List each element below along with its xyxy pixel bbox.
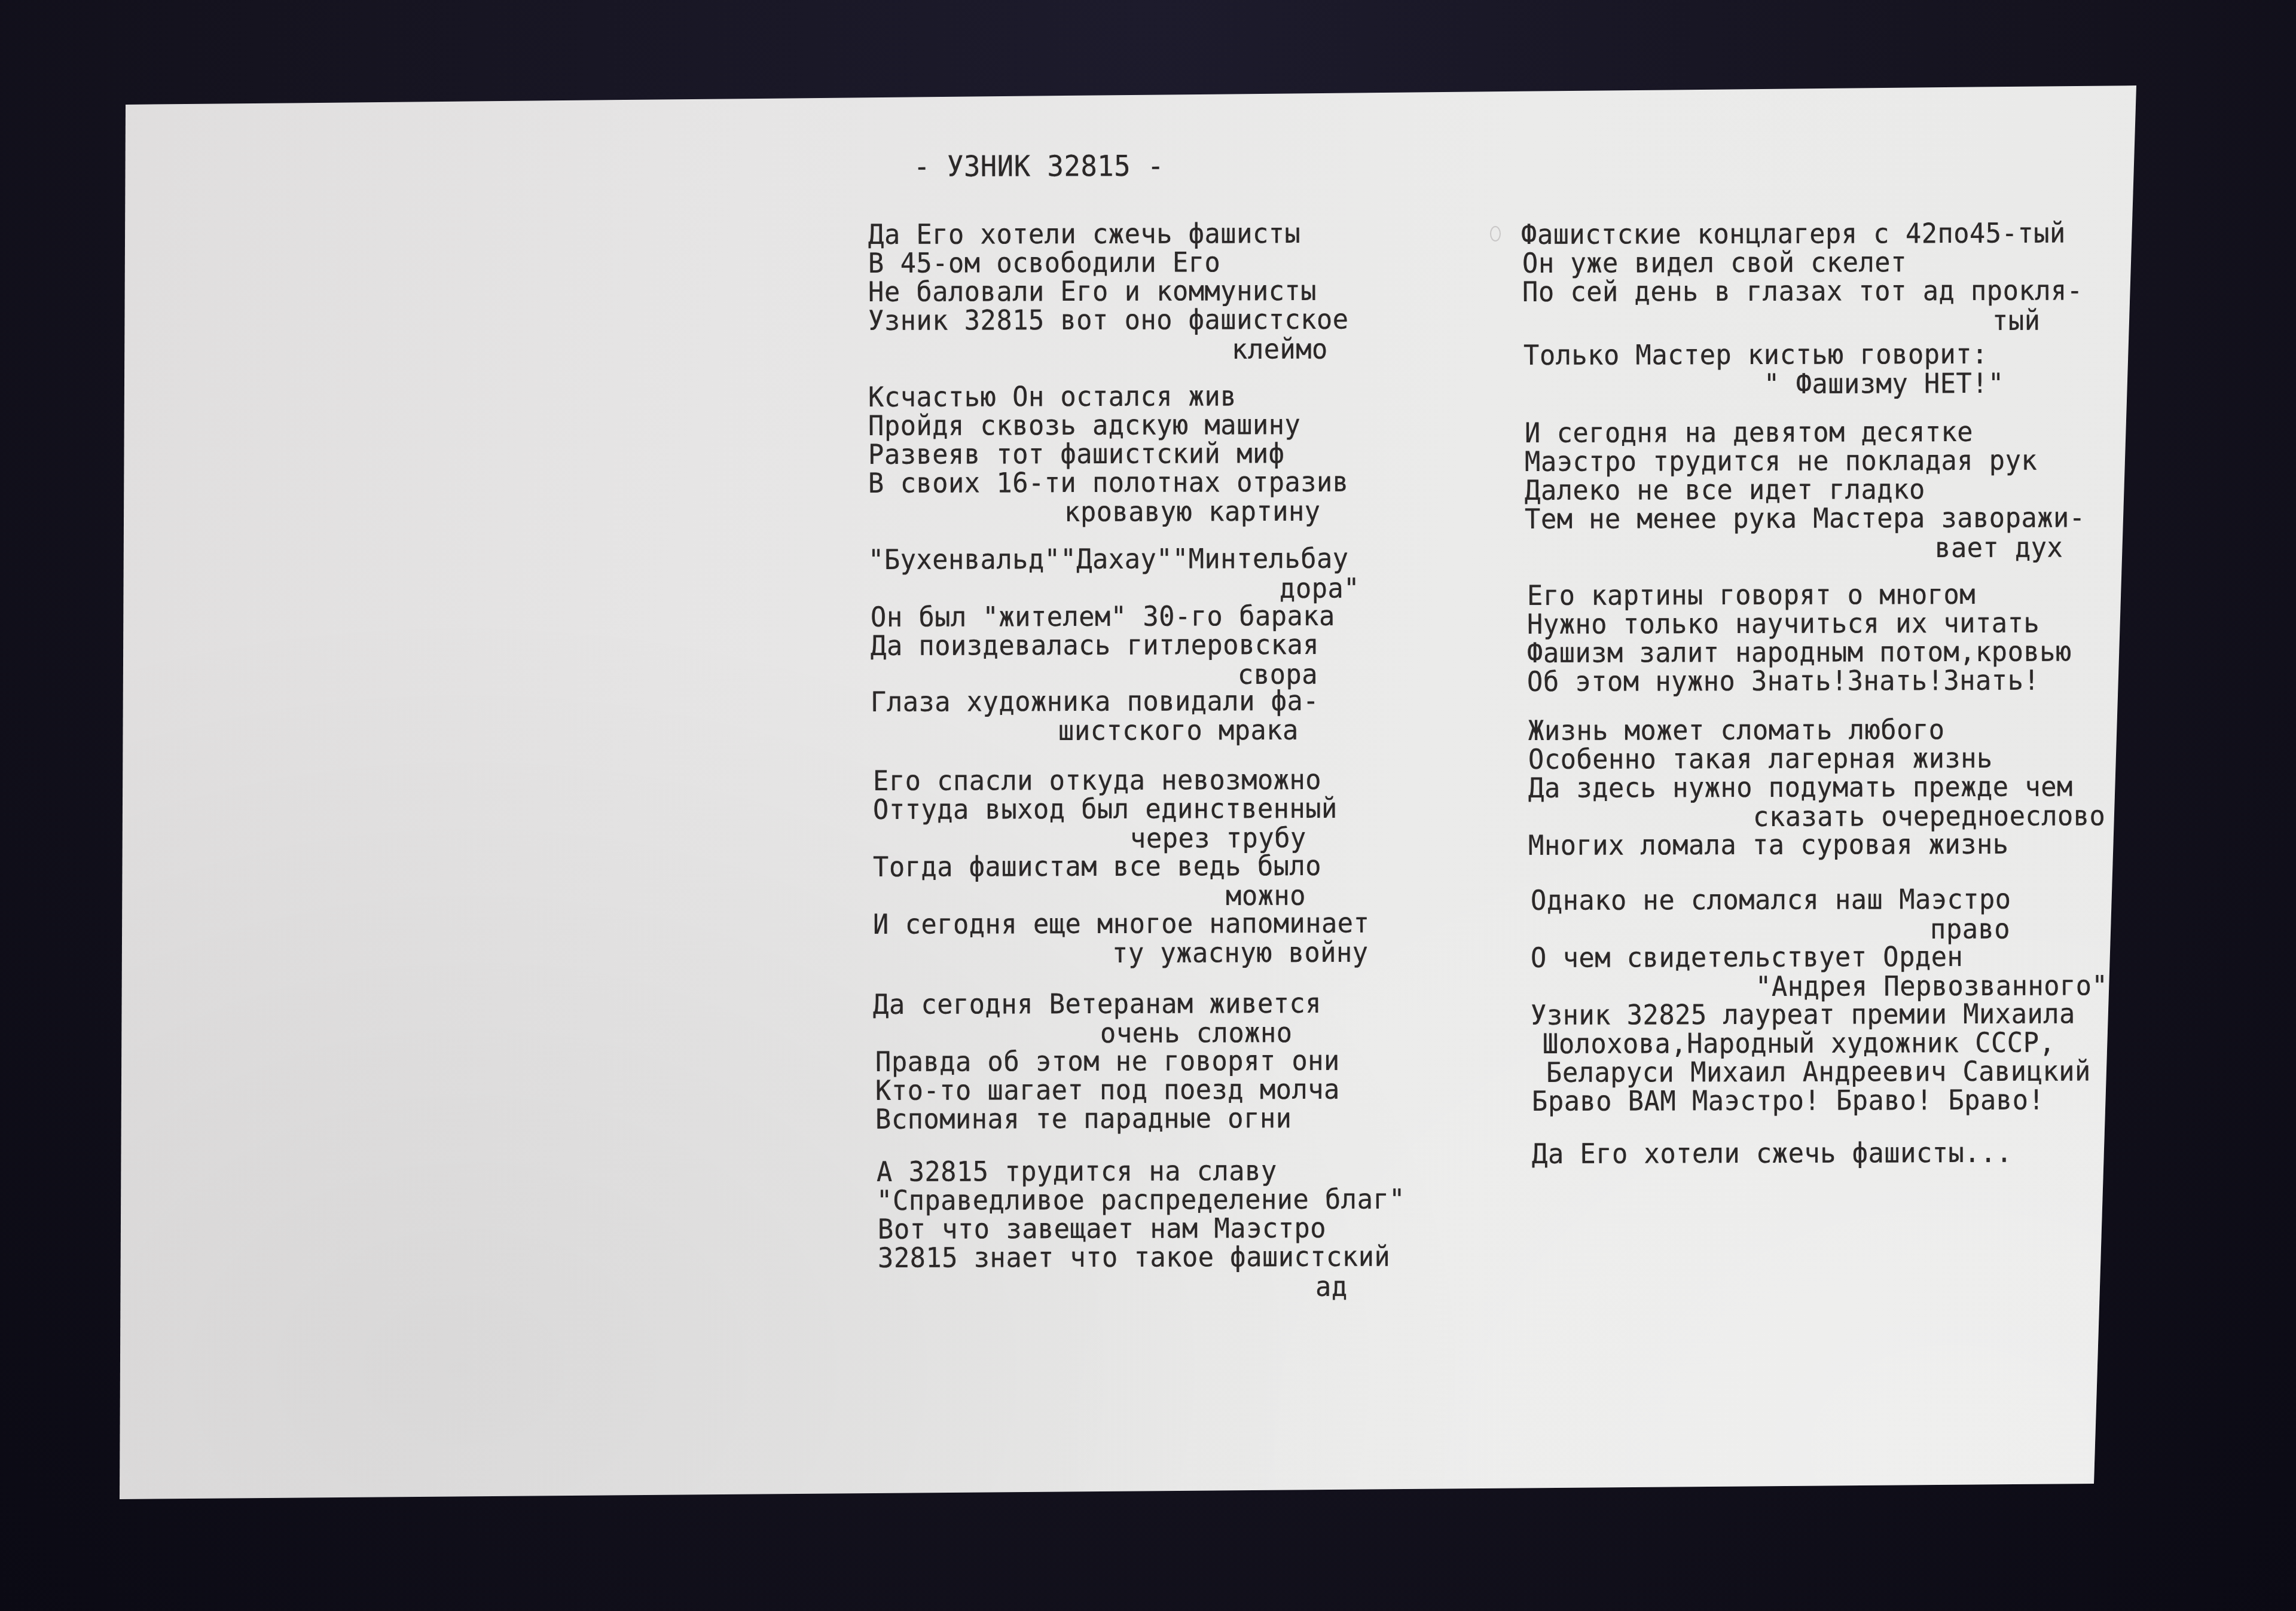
poem-line: Не баловали Его и коммунисты (868, 276, 1317, 306)
poem-title: - УЗНИК 32815 - (914, 152, 1164, 181)
poem-line: Шолохова,Народный художник СССР, (1543, 1028, 2055, 1058)
poem-line: Он был "жителем" 30-го барака (871, 601, 1335, 631)
poem-line: О чем свидетельствует Орден (1531, 942, 1963, 972)
poem-line: Особенно такая лагерная жизнь (1528, 744, 1993, 774)
poem-line: А 32815 трудится на славу (877, 1156, 1277, 1186)
poem-line: Браво ВАМ Маэстро! Браво! Браво! (1532, 1086, 2044, 1115)
poem-line: Пройдя сквозь адскую машину (868, 410, 1300, 440)
poem-line: Он уже видел свой скелет (1522, 247, 1907, 277)
poem-line: через трубу (1130, 823, 1306, 852)
poem-line: Об этом нужно Знать!Знать!Знать! (1527, 666, 2039, 696)
poem-line: Далеко не все идет гладко (1525, 475, 1925, 505)
poem-line: По сей день в глазах тот ад прокля- (1522, 276, 2083, 306)
poem-line: дора" (1280, 574, 1360, 603)
poem-line: Развеяв тот фашистский миф (868, 439, 1285, 469)
poem-line: Тогда фашистам все ведь было (873, 851, 1321, 881)
poem-line: Фашизм залит народным потом,кровью (1527, 637, 2072, 667)
poem-line: Однако не сломался наш Маэстро (1531, 885, 2011, 915)
poem-line: Да Его хотели сжечь фашисты... (1532, 1138, 2013, 1168)
poem-line: Оттуда выход был единственный (873, 794, 1338, 824)
poem-line: кровавую картину (1064, 497, 1321, 526)
poem-line: Вспоминая те парадные огни (875, 1103, 1292, 1133)
poem-line: сказать очередноеслово (1753, 801, 2105, 831)
poem-line: клеймо (1232, 335, 1328, 363)
poem-line: Узник 32815 вот оно фашистское (868, 305, 1349, 335)
poem-line: Да здесь нужно подумать прежде чем (1528, 772, 2073, 802)
poem-line: Да Его хотели сжечь фашисты (868, 219, 1300, 249)
poem-line: В 45-ом освободили Его (868, 247, 1220, 277)
poem-line: вает дух (1935, 533, 2063, 562)
poem-line: И сегодня еще многое напоминает (873, 909, 1369, 939)
poem-line: Жизнь может сломать любого (1528, 715, 1945, 745)
poem-line: "Бухенвальд""Дахау""Минтельбау (868, 544, 1349, 574)
poem-line: ад (1315, 1272, 1348, 1301)
poem-line: Тем не менее рука Мастера заворажи- (1525, 503, 2086, 533)
poem-line: Маэстро трудится не покладая рук (1525, 446, 2037, 476)
poem-line: Вот что завещает нам Маэстро (878, 1213, 1326, 1243)
poem-line: шистского мрака (1058, 716, 1299, 745)
poem-line: Его картины говорят о многом (1527, 580, 1976, 610)
poem-line: тый (1992, 306, 2040, 335)
poem-line: Нужно только научиться их читать (1527, 609, 2039, 638)
poem-line: право (1930, 915, 2010, 943)
poem-line: Ксчастью Он остался жив (868, 381, 1236, 411)
poem-line: Глаза художника повидали фа- (871, 686, 1319, 716)
poem-line: ту ужасную войну (1112, 938, 1369, 967)
poem-line: можно (1226, 881, 1306, 910)
poem-line: очень сложно (1100, 1018, 1293, 1047)
poem-line: Да сегодня Ветеранам живется (873, 989, 1321, 1019)
poem-line: Узник 32825 лауреат премии Михаила (1531, 999, 2075, 1029)
poem-line: Многих ломала та суровая жизнь (1528, 830, 2009, 860)
poem-line: Фашистские концлагеря с 42по45-тый (1521, 218, 2066, 249)
poem-line: Правда об этом не говорят они (875, 1046, 1340, 1076)
poem-line: Беларуси Михаил Андреевич Савицкий (1546, 1056, 2091, 1087)
poem-line: Кто-то шагает под поезд молча (875, 1075, 1340, 1105)
poem-line: Его спасли откуда невозможно (873, 765, 1321, 795)
poem-line: Только Мастер кистью говорит: (1523, 340, 1988, 369)
poem-line: И сегодня на девятом десятке (1525, 417, 1973, 447)
poem-line: "Андрея Первозванного" (1755, 971, 2108, 1001)
poem-line: " Фашизму НЕТ!" (1764, 369, 2004, 398)
poem-line: Да поиздевалась гитлеровская (871, 630, 1319, 660)
poem-line: 32815 знает что такое фашистский (878, 1242, 1390, 1272)
poem-line: "Справедливое распределение благ" (877, 1185, 1405, 1215)
paper-mark (1490, 226, 1501, 242)
poem-line: В своих 16-ти полотнах отразив (868, 467, 1349, 497)
